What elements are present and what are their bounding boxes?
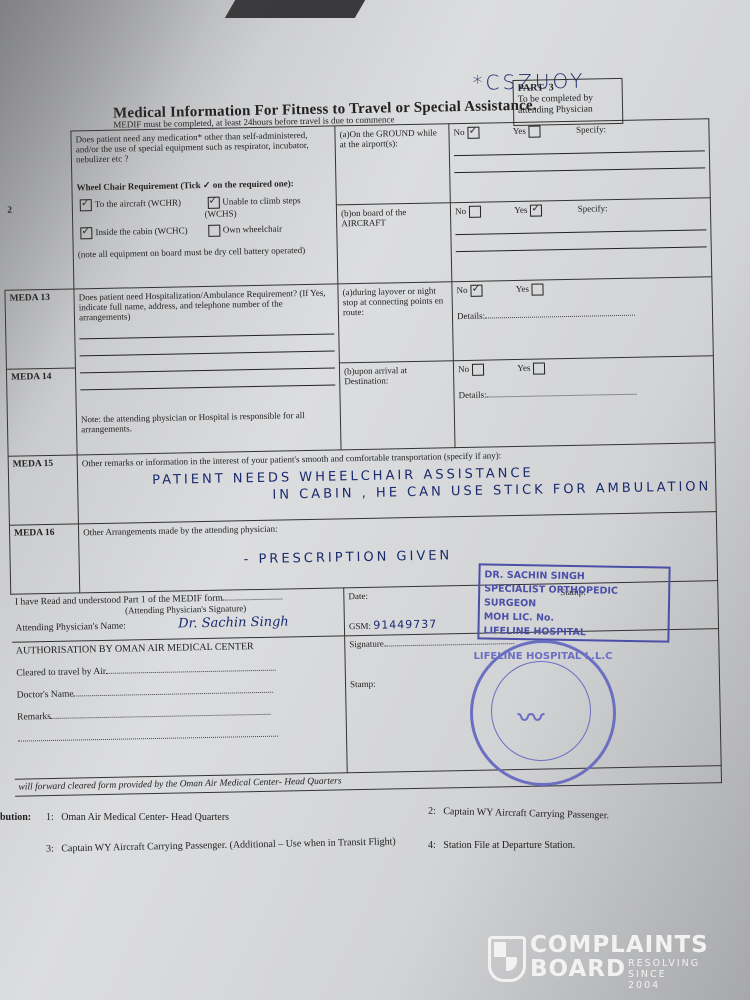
row-label-12: 2 xyxy=(2,131,74,290)
meda16-label: MEDA 16 xyxy=(9,524,79,594)
wheelchair-option-own[interactable]: Own wheelchair xyxy=(205,222,333,236)
hospitalization-question: Does patient need Hospitalization/Ambula… xyxy=(79,287,335,322)
part-box: PART- 3 To be completed by attending Phy… xyxy=(512,78,623,126)
checkbox-checked[interactable] xyxy=(207,197,219,209)
wheelchair-heading: Wheel Chair Requirement (Tick ✓ on the r… xyxy=(76,178,331,194)
arrival-label: (b)upon arrival at Destination: xyxy=(339,361,455,450)
layover-no-checkbox[interactable] xyxy=(470,285,482,297)
layover-yes-checkbox[interactable] xyxy=(532,283,544,295)
gsm-number: 91449737 xyxy=(373,618,437,632)
seal-text: LIFELINE HOSPITAL L.L.C xyxy=(473,651,613,662)
distribution-item-1: 1: Oman Air Medical Center- Head Quarter… xyxy=(46,812,229,823)
wheelchair-option-wchr[interactable]: To the aircraft (WCHR) xyxy=(77,197,205,221)
part-subtitle: To be completed by attending Physician xyxy=(518,93,593,115)
aircraft-label: (b)on board of the AIRCRAFT xyxy=(336,203,451,284)
watermark-line1: COMPLAINTS xyxy=(530,932,709,958)
remarks-field[interactable] xyxy=(18,736,278,742)
arrival-answer: No Yes Details: xyxy=(453,356,715,448)
watermark-line2: BOARD xyxy=(530,956,626,982)
meda14-label: MEDA 14 xyxy=(6,368,77,456)
shield-icon xyxy=(488,936,526,982)
layover-label: (a)during layover or night stop at conne… xyxy=(338,282,453,363)
checkbox-checked[interactable] xyxy=(80,199,92,211)
signature-field[interactable] xyxy=(384,643,514,646)
ground-answer: No Yes Specify: xyxy=(449,119,710,203)
cleared-field[interactable] xyxy=(106,670,276,674)
doctor-name-field[interactable] xyxy=(74,692,274,697)
distribution-label: bution: xyxy=(0,812,31,823)
meda13-row: MEDA 13 Does patient need Hospitalizatio… xyxy=(5,277,713,370)
details-field[interactable] xyxy=(485,315,635,319)
remarks-field[interactable] xyxy=(51,714,271,719)
arrival-no-checkbox[interactable] xyxy=(472,364,484,376)
meda15-label: MEDA 15 xyxy=(8,455,78,525)
ground-label: (a)On the GROUND while at the airport(s)… xyxy=(335,124,450,205)
distribution-item-4: 4: Station File at Departure Station. xyxy=(428,840,575,851)
ground-yes-checkbox[interactable] xyxy=(529,125,541,137)
physician-declaration: I have Read and understood Part 1 of the… xyxy=(11,588,345,642)
responsibility-note: Note: the attending physician or Hospita… xyxy=(81,409,336,434)
details-field[interactable] xyxy=(487,394,637,398)
remarks-cell: Other remarks or information in the inte… xyxy=(77,443,716,524)
wheelchair-option-wchs[interactable]: Unable to climb steps (WCHS) xyxy=(204,195,332,219)
signature-field[interactable] xyxy=(223,599,283,601)
section-12-row-ground: 2 Does patient need any medication* othe… xyxy=(2,119,710,212)
wheelchair-option-wchc[interactable]: Inside the cabin (WCHC) xyxy=(77,225,205,239)
medication-question: Does patient need any medication* other … xyxy=(76,130,332,165)
layover-answer: No Yes Details: xyxy=(452,277,713,361)
physician-stamp: DR. SACHIN SINGH SPECIALIST ORTHOPEDIC S… xyxy=(477,563,670,642)
hospitalization-cell: Does patient need Hospitalization/Ambula… xyxy=(74,284,341,455)
specify-line[interactable] xyxy=(456,232,707,252)
arrival-yes-checkbox[interactable] xyxy=(533,362,545,374)
aircraft-answer: No Yes Specify: xyxy=(450,198,711,282)
battery-note: (note all equipment on board must be dry… xyxy=(78,244,333,259)
arrangement-line[interactable] xyxy=(80,370,335,390)
authorisation-cell: AUTHORISATION BY OMAN AIR MEDICAL CENTER… xyxy=(12,636,348,779)
date-label: Date: xyxy=(348,591,368,601)
hospital-seal: LIFELINE HOSPITAL L.L.C 〰 xyxy=(470,640,616,786)
specify-line[interactable] xyxy=(454,153,705,173)
watermark-tagline: RESOLVINGSINCE 2004 xyxy=(628,958,700,991)
medif-form-sheet: *CSZUOY Medical Information For Fitness … xyxy=(0,46,747,850)
authorisation-heading: AUTHORISATION BY OMAN AIR MEDICAL CENTER xyxy=(16,639,341,656)
background-object xyxy=(225,0,365,18)
medication-cell: Does patient need any medication* other … xyxy=(71,126,338,289)
checkbox-unchecked[interactable] xyxy=(208,225,220,237)
aircraft-yes-checkbox[interactable] xyxy=(530,204,542,216)
meda13-label: MEDA 13 xyxy=(5,289,76,369)
checkbox-checked[interactable] xyxy=(80,227,92,239)
handwritten-physician-name: Dr. Sachin Singh xyxy=(178,614,289,631)
part-label: PART- 3 xyxy=(518,82,554,94)
specify-label: Specify: xyxy=(576,124,606,135)
ground-no-checkbox[interactable] xyxy=(467,127,479,139)
aircraft-no-checkbox[interactable] xyxy=(469,206,481,218)
